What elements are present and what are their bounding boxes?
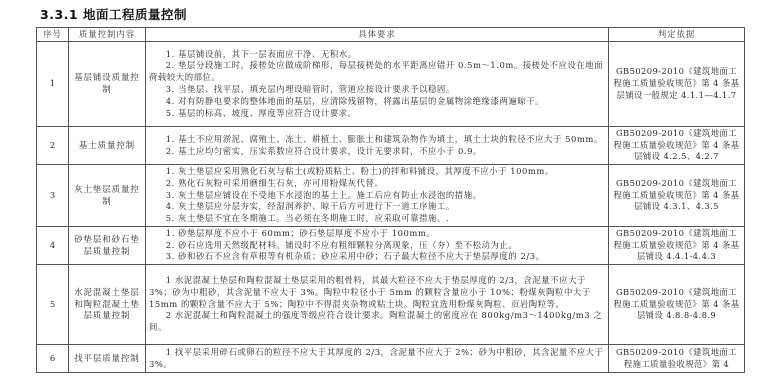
header-requirements: 具体要求 [146, 28, 609, 42]
requirement-line: 3. 当垫层、找平层、填充层内埋设暗管时，管道应按设计要求予以稳固。 [149, 84, 605, 96]
requirement-line: 1. 砂垫层厚度不应小于 60mm；砂石垫层厚度不应小于 100mm。 [149, 228, 605, 240]
requirement-line: 1. 灰土垫层应采用熟化石灰与粘土(或粉质粘土、粉土)的拌和料铺设，其厚度不应小… [149, 166, 605, 178]
header-no: 序号 [37, 28, 69, 42]
requirement-line: 2. 砂石应选用天然级配材料。铺设时不应有粗细颗粒分离现象，压（夯）至不松动为止… [149, 240, 605, 252]
row-number: 5 [37, 265, 69, 345]
table-row: 4 砂垫层和砂石垫层质量控制 1. 砂垫层厚度不应小于 60mm；砂石垫层厚度不… [37, 227, 745, 265]
judgment-basis: GB50209-2010《建筑地面工程施工质量验收规范》第 4 条基层铺设 4.… [609, 227, 745, 265]
header-item: 质量控制内容 [69, 28, 146, 42]
header-basis: 判定依据 [609, 28, 745, 42]
requirement-line: 3. 灰土垫层应铺设在不受地下水浸泡的基土上。施工后应有防止水浸泡的措施。 [149, 190, 605, 202]
requirement-line: 3. 砂和砂石不应含有草根等有机杂质；砂应采用中砂；石子最大粒径不应大于垫层厚度… [149, 251, 605, 263]
judgment-basis: GB50209-2010《建筑地面工程施工质量验收规范》第 4 条基层铺设 4.… [609, 265, 745, 345]
requirement-line: 1. 基层铺设前，其下一层表面应干净、无积水。 [149, 49, 605, 61]
requirement-line: 1 水泥混凝土垫层和陶粒混凝土垫层采用的粗骨料，其最大粒径不应大于垫层厚度的 2… [149, 275, 605, 310]
requirements-cell: 1. 砂垫层厚度不应小于 60mm；砂石垫层厚度不应小于 100mm。 2. 砂… [146, 227, 609, 265]
judgment-basis: GB50209-2010《建筑地面工程施工质量验收规范》第 4 条基层铺设 4.… [609, 165, 745, 227]
table-row: 6 找平层质量控制 1 找平层采用碎石或卵石的粒径不应大于其厚度的 2/3，含泥… [37, 345, 745, 373]
table-row: 3 灰土垫层质量控制 1. 灰土垫层应采用熟化石灰与粘土(或粉质粘土、粉土)的拌… [37, 165, 745, 227]
control-item: 灰土垫层质量控制 [69, 165, 146, 227]
requirement-line: 1. 基土不应用淤泥、腐殖土、冻土、耕植土、膨胀土和建筑杂物作为填土，填土土块的… [149, 134, 605, 146]
requirement-line: 4. 对有防静电要求的整体地面的基层，应清除残留物，将露出基层的金属物涂绝缘漆两… [149, 96, 605, 108]
row-number: 4 [37, 227, 69, 265]
control-item: 砂垫层和砂石垫层质量控制 [69, 227, 146, 265]
control-item: 找平层质量控制 [69, 345, 146, 373]
requirement-line: 5. 基层的标高、坡度、厚度等应符合设计要求。 [149, 108, 605, 120]
table-row: 1 基层铺设质量控制 1. 基层铺设前，其下一层表面应干净、无积水。 2. 垫层… [37, 42, 745, 127]
requirement-line: 5. 灰土垫层不宜在冬期施工。当必须在冬期施工时，应采取可靠措施。. [149, 213, 605, 225]
requirement-line: 2. 垫层分段施工时，接槎处应做成阶梯形，每层接槎处的水平距离应错开 0.5m～… [149, 60, 605, 84]
requirement-line: 2. 基土应均匀密实，压实系数应符合设计要求，设计无要求时，不应小于 0.9。 [149, 146, 605, 158]
requirements-cell: 1. 基土不应用淤泥、腐殖土、冻土、耕植土、膨胀土和建筑杂物作为填土，填土土块的… [146, 127, 609, 165]
row-number: 3 [37, 165, 69, 227]
row-number: 1 [37, 42, 69, 127]
quality-control-table: 序号 质量控制内容 具体要求 判定依据 1 基层铺设质量控制 1. 基层铺设前，… [36, 27, 745, 373]
requirements-cell: 1 找平层采用碎石或卵石的粒径不应大于其厚度的 2/3，含泥量不应大于 2%；砂… [146, 345, 609, 373]
section-heading: 3.3.1 地面工程质量控制 [40, 5, 187, 23]
table-row: 2 基土质量控制 1. 基土不应用淤泥、腐殖土、冻土、耕植土、膨胀土和建筑杂物作… [37, 127, 745, 165]
judgment-basis: GB50209-2010《建筑地面工程施工质量验收规范》第 4 [609, 345, 745, 373]
requirement-line: 2 水泥混凝土和陶粒混凝土的强度等级应符合设计要求。陶粒混凝土的密度应在 800… [149, 310, 605, 334]
table-header-row: 序号 质量控制内容 具体要求 判定依据 [37, 28, 745, 42]
requirements-cell: 1 水泥混凝土垫层和陶粒混凝土垫层采用的粗骨料，其最大粒径不应大于垫层厚度的 2… [146, 265, 609, 345]
row-number: 6 [37, 345, 69, 373]
judgment-basis: GB50209-2010《建筑地面工程施工质量验收规范》第 4 条基层铺设 4.… [609, 127, 745, 165]
control-item: 基土质量控制 [69, 127, 146, 165]
table-row: 5 水泥混凝土垫层和陶粒混凝土垫层质量控制 1 水泥混凝土垫层和陶粒混凝土垫层采… [37, 265, 745, 345]
row-number: 2 [37, 127, 69, 165]
requirements-cell: 1. 灰土垫层应采用熟化石灰与粘土(或粉质粘土、粉土)的拌和料铺设，其厚度不应小… [146, 165, 609, 227]
judgment-basis: GB50209-2010《建筑地面工程施工质量验收规范》第 4 条基层铺设一般规… [609, 42, 745, 127]
requirement-line: 2. 熟化石灰粉可采用磨细生石灰，亦可用粉煤灰代替。 [149, 178, 605, 190]
control-item: 水泥混凝土垫层和陶粒混凝土垫层质量控制 [69, 265, 146, 345]
control-item: 基层铺设质量控制 [69, 42, 146, 127]
requirement-line: 1 找平层采用碎石或卵石的粒径不应大于其厚度的 2/3，含泥量不应大于 2%；砂… [149, 347, 605, 371]
requirements-cell: 1. 基层铺设前，其下一层表面应干净、无积水。 2. 垫层分段施工时，接槎处应做… [146, 42, 609, 127]
requirement-line: 4. 灰土垫层应分层夯实，经湿润养护、晾干后方可进行下一道工序施工。 [149, 201, 605, 213]
